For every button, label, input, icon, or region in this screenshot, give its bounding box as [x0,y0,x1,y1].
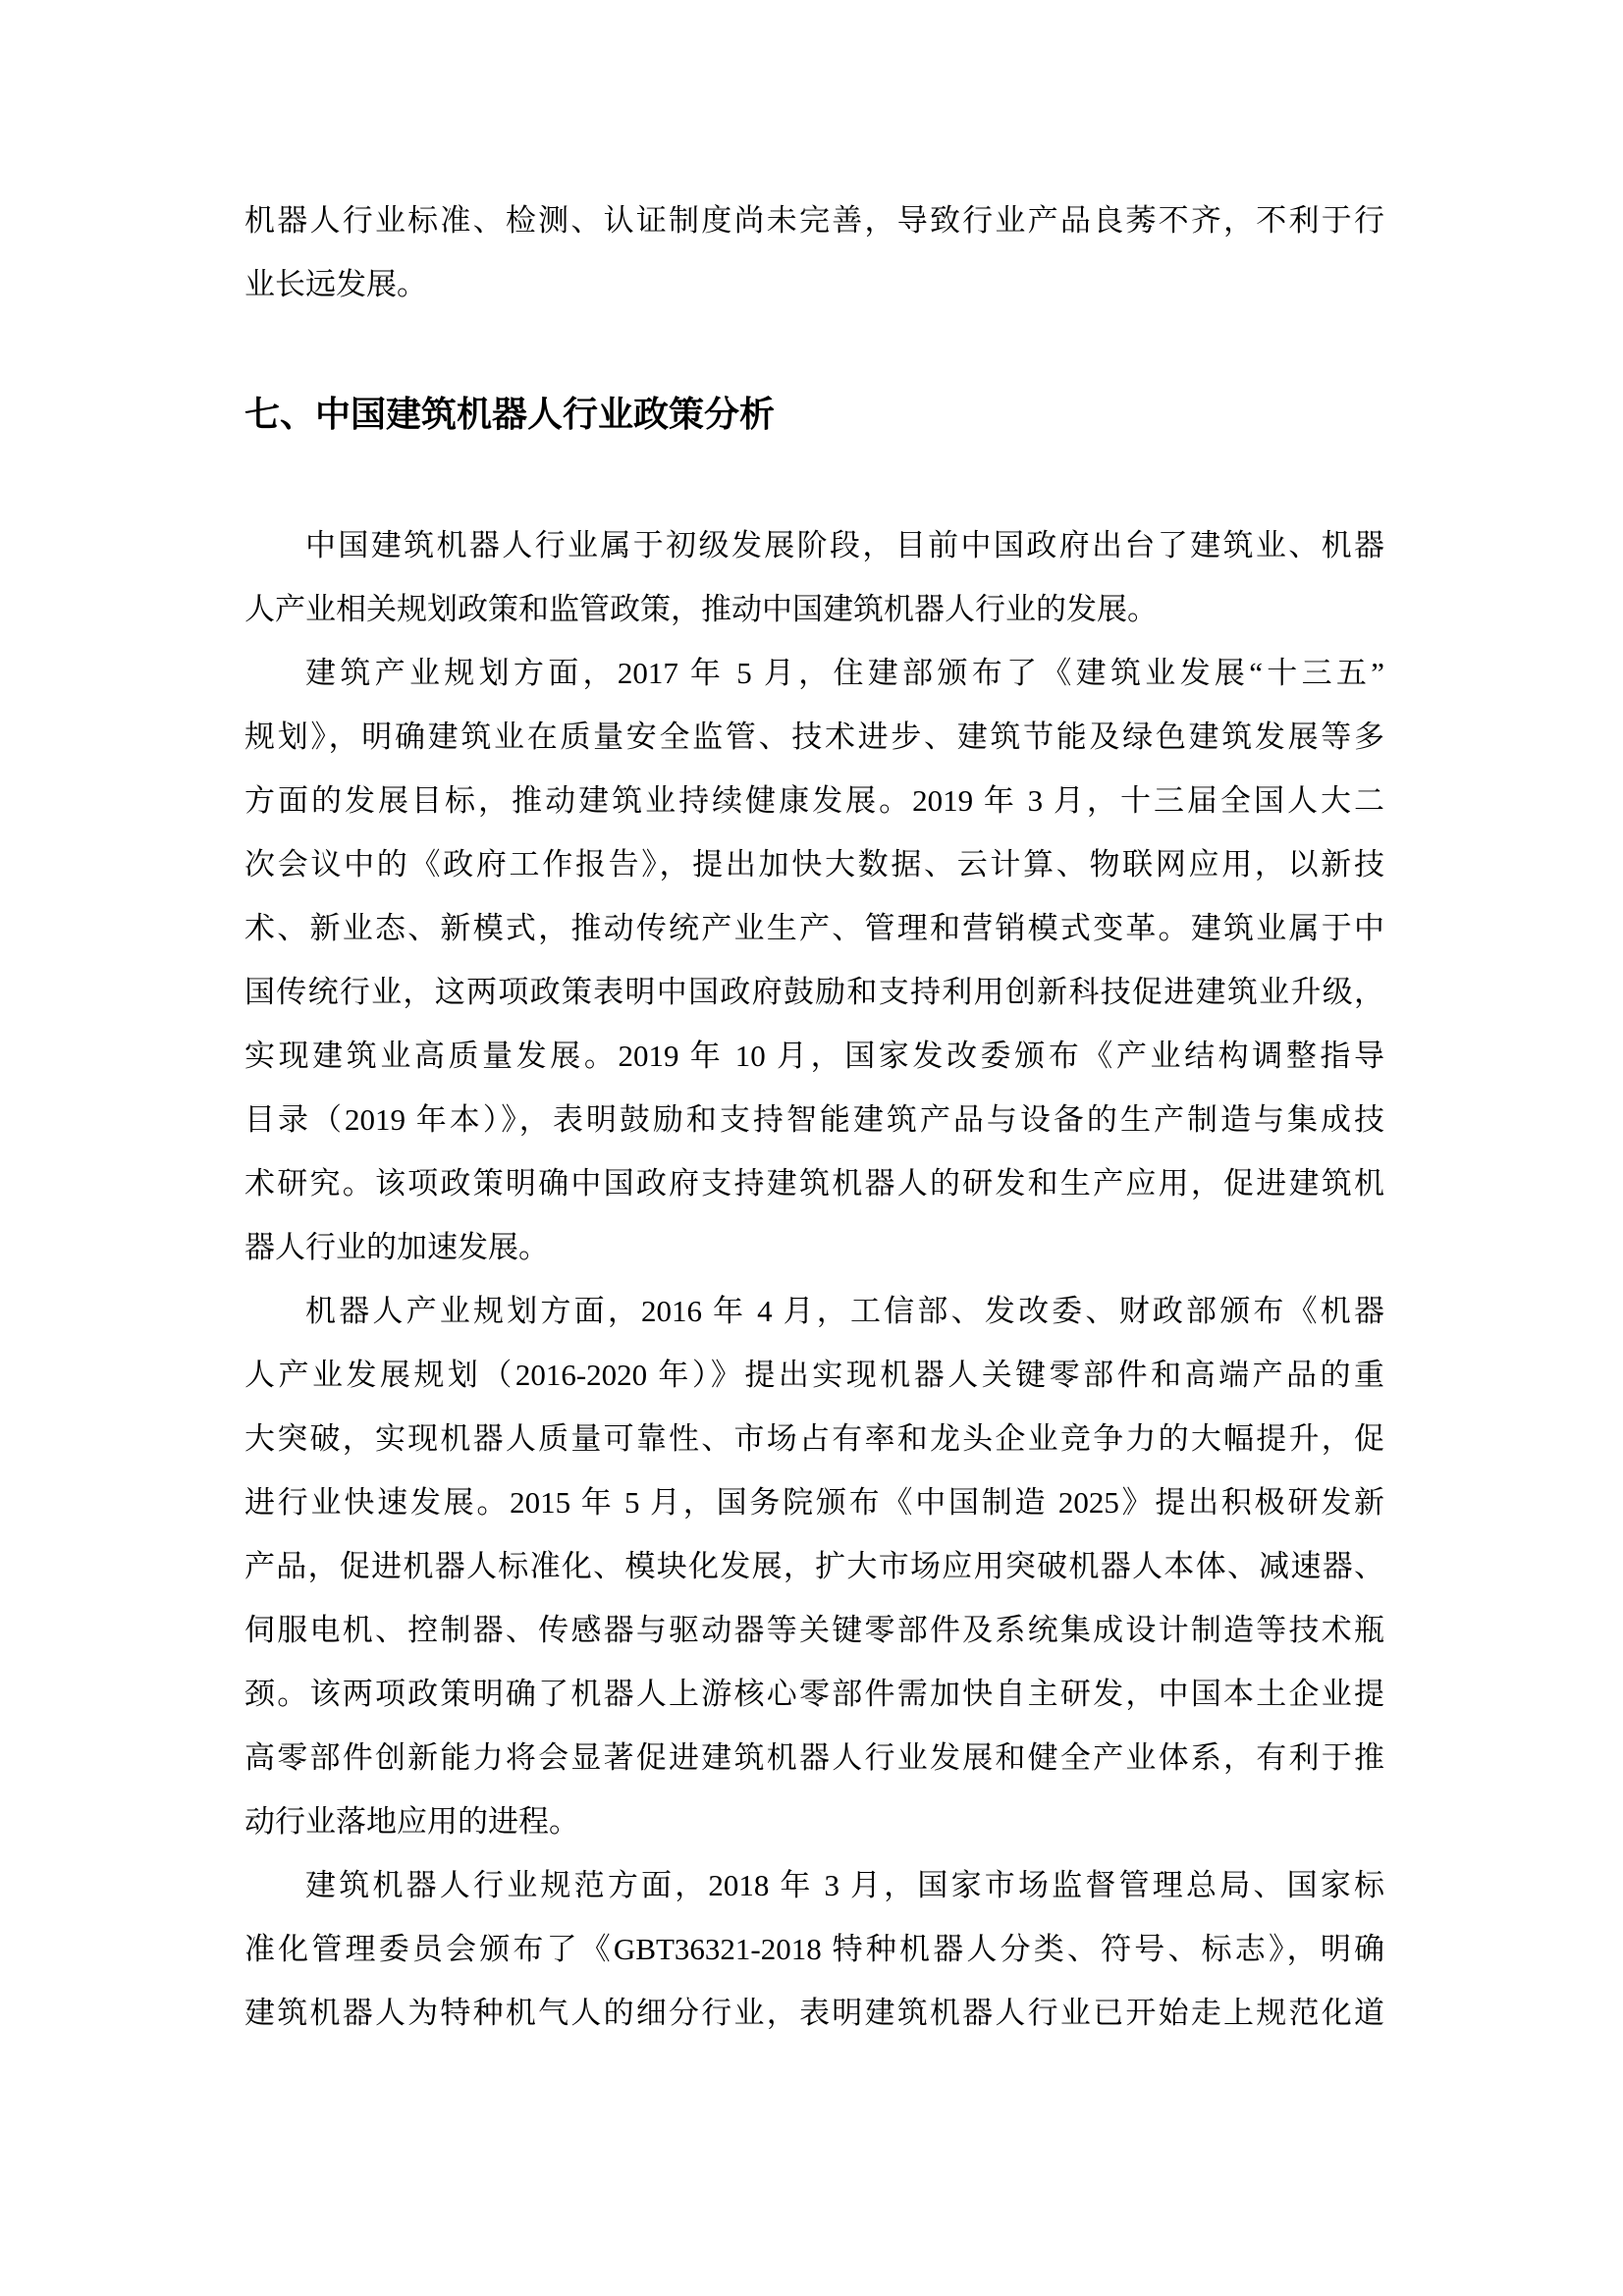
text-line: 颈。该两项政策明确了机器人上游核心零部件需加快自主研发，中国本土企业提 [244,1662,1384,1726]
paragraph: 机器人行业标准、检测、认证制度尚未完善，导致行业产品良莠不齐，不利于行业长远发展… [244,188,1384,316]
text-line: 建筑机器人行业规范方面，2018 年 3 月，国家市场监督管理总局、国家标 [244,1853,1384,1917]
text-line: 人产业相关规划政策和监管政策，推动中国建筑机器人行业的发展。 [244,577,1384,641]
text-line: 术研究。该项政策明确中国政府支持建筑机器人的研发和生产应用，促进建筑机 [244,1151,1384,1215]
text-line: 进行业快速发展。2015 年 5 月，国务院颁布《中国制造 2025》提出积极研… [244,1470,1384,1534]
paragraph: 建筑机器人行业规范方面，2018 年 3 月，国家市场监督管理总局、国家标准化管… [244,1853,1384,2045]
text-line: 准化管理委员会颁布了《GBT36321-2018 特种机器人分类、符号、标志》，… [244,1917,1384,1981]
text-line: 伺服电机、控制器、传感器与驱动器等关键零部件及系统集成设计制造等技术瓶 [244,1598,1384,1662]
text-line: 国传统行业，这两项政策表明中国政府鼓励和支持利用创新科技促进建筑业升级， [244,960,1384,1024]
text-line: 产品，促进机器人标准化、模块化发展，扩大市场应用突破机器人本体、减速器、 [244,1534,1384,1598]
paragraph: 建筑产业规划方面，2017 年 5 月，住建部颁布了《建筑业发展“十三五”规划》… [244,641,1384,1279]
text-line: 人产业发展规划（2016-2020 年）》提出实现机器人关键零部件和高端产品的重 [244,1343,1384,1407]
text-line: 方面的发展目标，推动建筑业持续健康发展。2019 年 3 月，十三届全国人大二 [244,769,1384,832]
text-line: 机器人产业规划方面，2016 年 4 月，工信部、发改委、财政部颁布《机器 [244,1279,1384,1343]
text-line: 实现建筑业高质量发展。2019 年 10 月，国家发改委颁布《产业结构调整指导 [244,1024,1384,1088]
text-line: 建筑机器人为特种机气人的细分行业，表明建筑机器人行业已开始走上规范化道 [244,1981,1384,2045]
text-line: 中国建筑机器人行业属于初级发展阶段，目前中国政府出台了建筑业、机器 [244,513,1384,577]
text-line: 规划》，明确建筑业在质量安全监管、技术进步、建筑节能及绿色建筑发展等多 [244,705,1384,769]
document-page: 机器人行业标准、检测、认证制度尚未完善，导致行业产品良莠不齐，不利于行业长远发展… [0,0,1623,2296]
paragraph: 中国建筑机器人行业属于初级发展阶段，目前中国政府出台了建筑业、机器人产业相关规划… [244,513,1384,641]
text-line: 业长远发展。 [244,252,1384,316]
text-line: 术、新业态、新模式，推动传统产业生产、管理和营销模式变革。建筑业属于中 [244,896,1384,960]
text-line: 大突破，实现机器人质量可靠性、市场占有率和龙头企业竞争力的大幅提升，促 [244,1407,1384,1470]
text-line: 动行业落地应用的进程。 [244,1789,1384,1853]
document-content: 机器人行业标准、检测、认证制度尚未完善，导致行业产品良莠不齐，不利于行业长远发展… [0,0,1623,2045]
text-line: 高零部件创新能力将会显著促进建筑机器人行业发展和健全产业体系，有利于推 [244,1726,1384,1789]
section-heading: 七、中国建筑机器人行业政策分析 [244,383,1384,447]
paragraph: 机器人产业规划方面，2016 年 4 月，工信部、发改委、财政部颁布《机器人产业… [244,1279,1384,1853]
text-line: 机器人行业标准、检测、认证制度尚未完善，导致行业产品良莠不齐，不利于行 [244,188,1384,252]
paragraph-continuation: 机器人行业标准、检测、认证制度尚未完善，导致行业产品良莠不齐，不利于行业长远发展… [244,188,1384,316]
text-line: 器人行业的加速发展。 [244,1215,1384,1279]
text-line: 次会议中的《政府工作报告》，提出加快大数据、云计算、物联网应用，以新技 [244,832,1384,896]
document-body: 中国建筑机器人行业属于初级发展阶段，目前中国政府出台了建筑业、机器人产业相关规划… [244,513,1384,2045]
text-line: 目录（2019 年本）》，表明鼓励和支持智能建筑产品与设备的生产制造与集成技 [244,1088,1384,1151]
text-line: 建筑产业规划方面，2017 年 5 月，住建部颁布了《建筑业发展“十三五” [244,641,1384,705]
